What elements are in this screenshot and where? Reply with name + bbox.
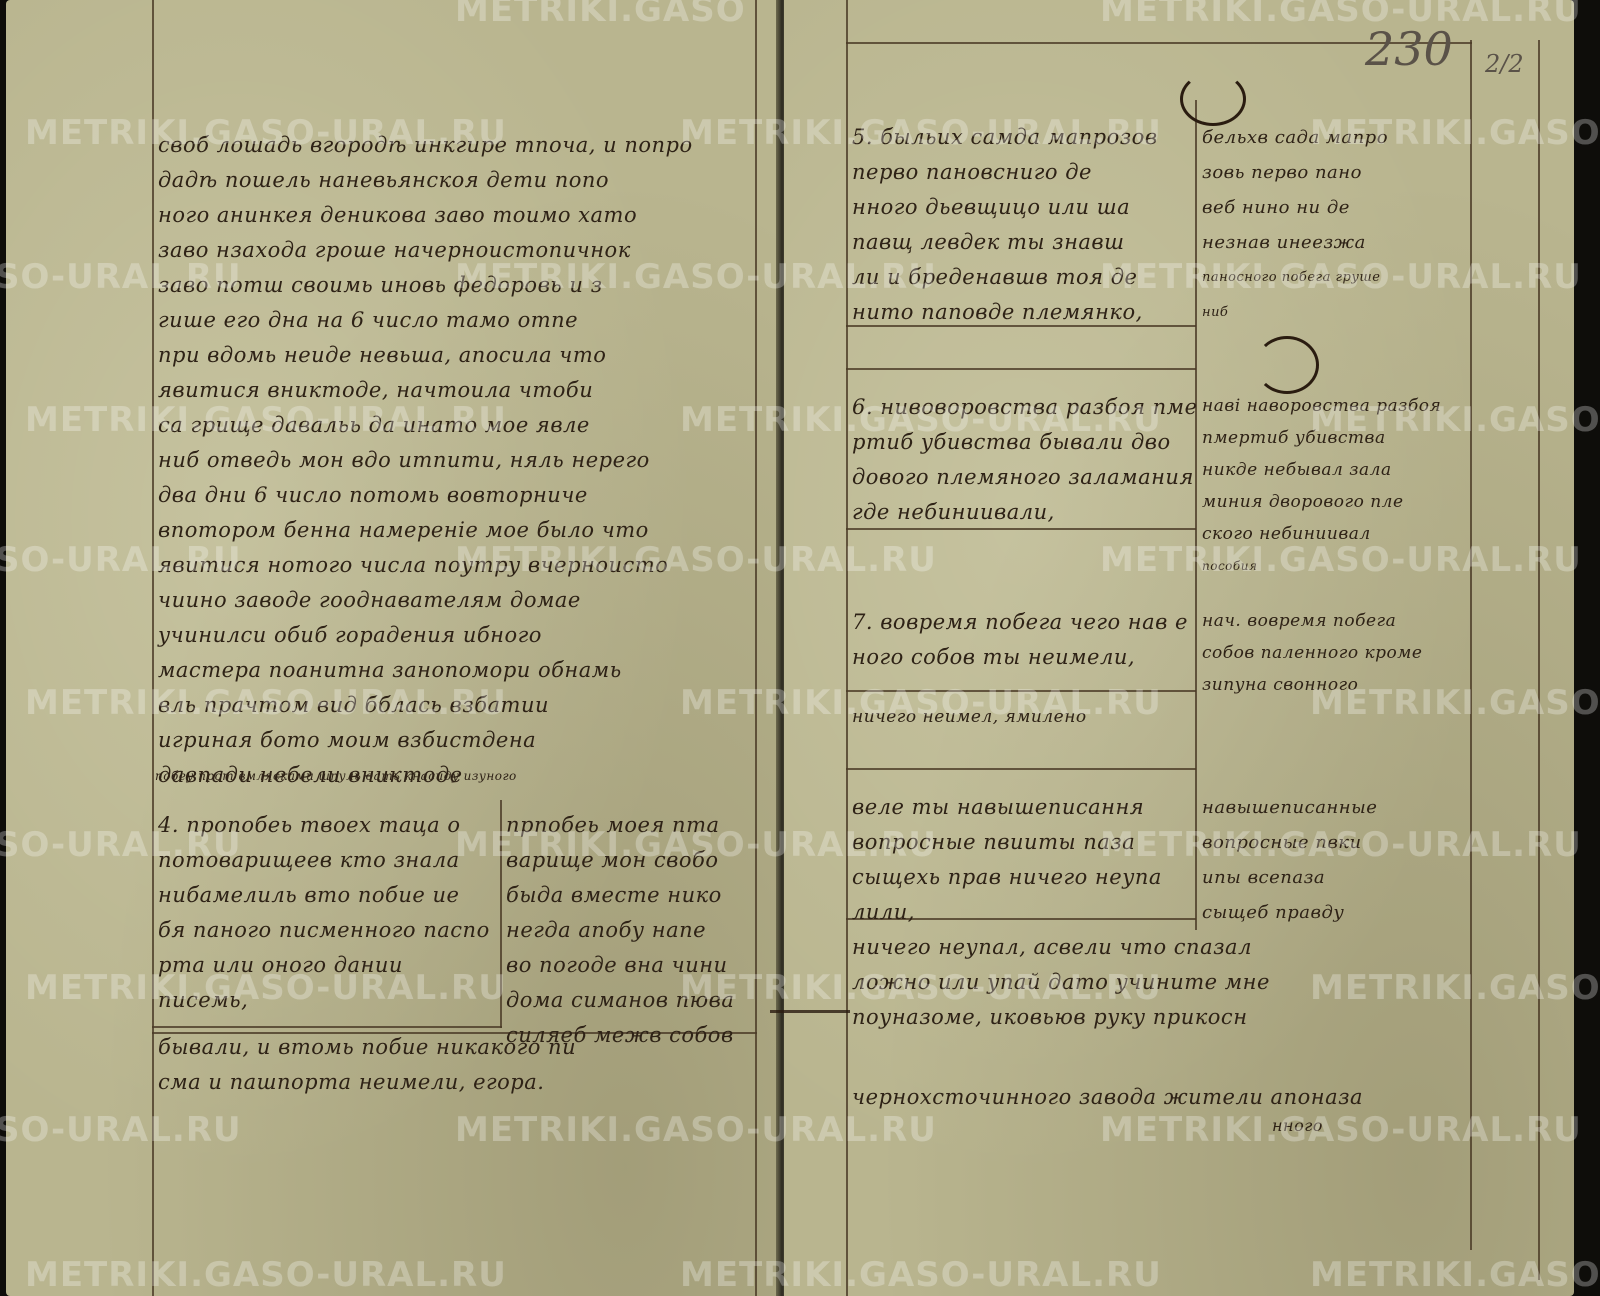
watermark: METRIKI.GASO-URAL.RU [25, 683, 507, 723]
watermark: METRIKI.GASO-URAL.RU [1310, 1255, 1600, 1295]
watermark: METRIKI.GASO-URAL.RU [25, 968, 507, 1008]
q8-top-rule [846, 768, 1196, 770]
right-margin-rule [846, 0, 848, 1296]
watermark: METRIKI.GASO-URAL.RU [1310, 683, 1600, 723]
watermark: METRIKI.GASO-URAL.RU [1100, 540, 1582, 580]
watermark: METRIKI.GASO-URAL.RU [455, 540, 937, 580]
watermark: METRIKI.GASO-URAL.RU [680, 400, 1162, 440]
watermark: METRIKI.GASO [455, 0, 746, 30]
watermark: METRIKI.GASO-URAL.RU [1100, 825, 1582, 865]
watermark: SO-URAL.RU [0, 540, 242, 580]
watermark: METRIKI.GASO-URAL.RU [455, 1110, 937, 1150]
folio-number: 230 [1365, 22, 1453, 76]
watermark: METRIKI.GASO-URAL.RU [25, 400, 507, 440]
left-footnote: побеу прот вмлясками шпуль дать кнасиду … [155, 768, 517, 784]
corner-mark: 2/2 [1485, 50, 1524, 78]
watermark: METRIKI.GASO-URAL.RU [680, 1255, 1162, 1295]
watermark: METRIKI.GASO-URAL.RU [455, 257, 937, 297]
right-edge-rule [1538, 40, 1540, 1280]
watermark: METRIKI.GASO-URAL.RU [1100, 1110, 1582, 1150]
ornament-flourish [1180, 72, 1246, 126]
ornament-flourish-2 [1255, 336, 1319, 394]
watermark: SO-URAL.RU [0, 257, 242, 297]
q6-top-rule [846, 368, 1196, 370]
left-margin-rule [152, 0, 154, 1296]
watermark: METRIKI.GASO-URAL.RU [25, 113, 507, 153]
watermark: METRIKI.GASO-URAL.RU [455, 825, 937, 865]
watermark: METRIKI.GASO-URAL.RU [680, 113, 1162, 153]
q4-continuation: бывали, и втомь побие никакого пи сма и … [158, 1030, 576, 1100]
watermark: METRIKI.GASO-URAL.RU [1310, 400, 1600, 440]
left-outer-rule [755, 0, 757, 1296]
q4-bottom-rule [152, 1026, 502, 1028]
watermark: METRIKI.GASO-URAL.RU [25, 1255, 507, 1295]
watermark: SO-URAL.RU [0, 1110, 242, 1150]
q7-question: 7. вовремя побега чего нав е ного собов … [852, 605, 1188, 675]
right-outer-rule [1470, 40, 1472, 1250]
center-stroke [770, 1010, 850, 1013]
watermark: METRIKI.GASO-URAL.RU [680, 683, 1162, 723]
watermark: METRIKI.GASO-URAL.RU [1100, 257, 1582, 297]
watermark: SO-URAL.RU [0, 825, 242, 865]
watermark: METRIKI.GASO-URAL.RU [1100, 0, 1582, 30]
watermark: METRIKI.GASO-URAL.RU [680, 968, 1162, 1008]
watermark: METRIKI.GASO-URAL.RU [1310, 113, 1600, 153]
watermark: METRIKI.GASO-URAL.RU [1310, 968, 1600, 1008]
